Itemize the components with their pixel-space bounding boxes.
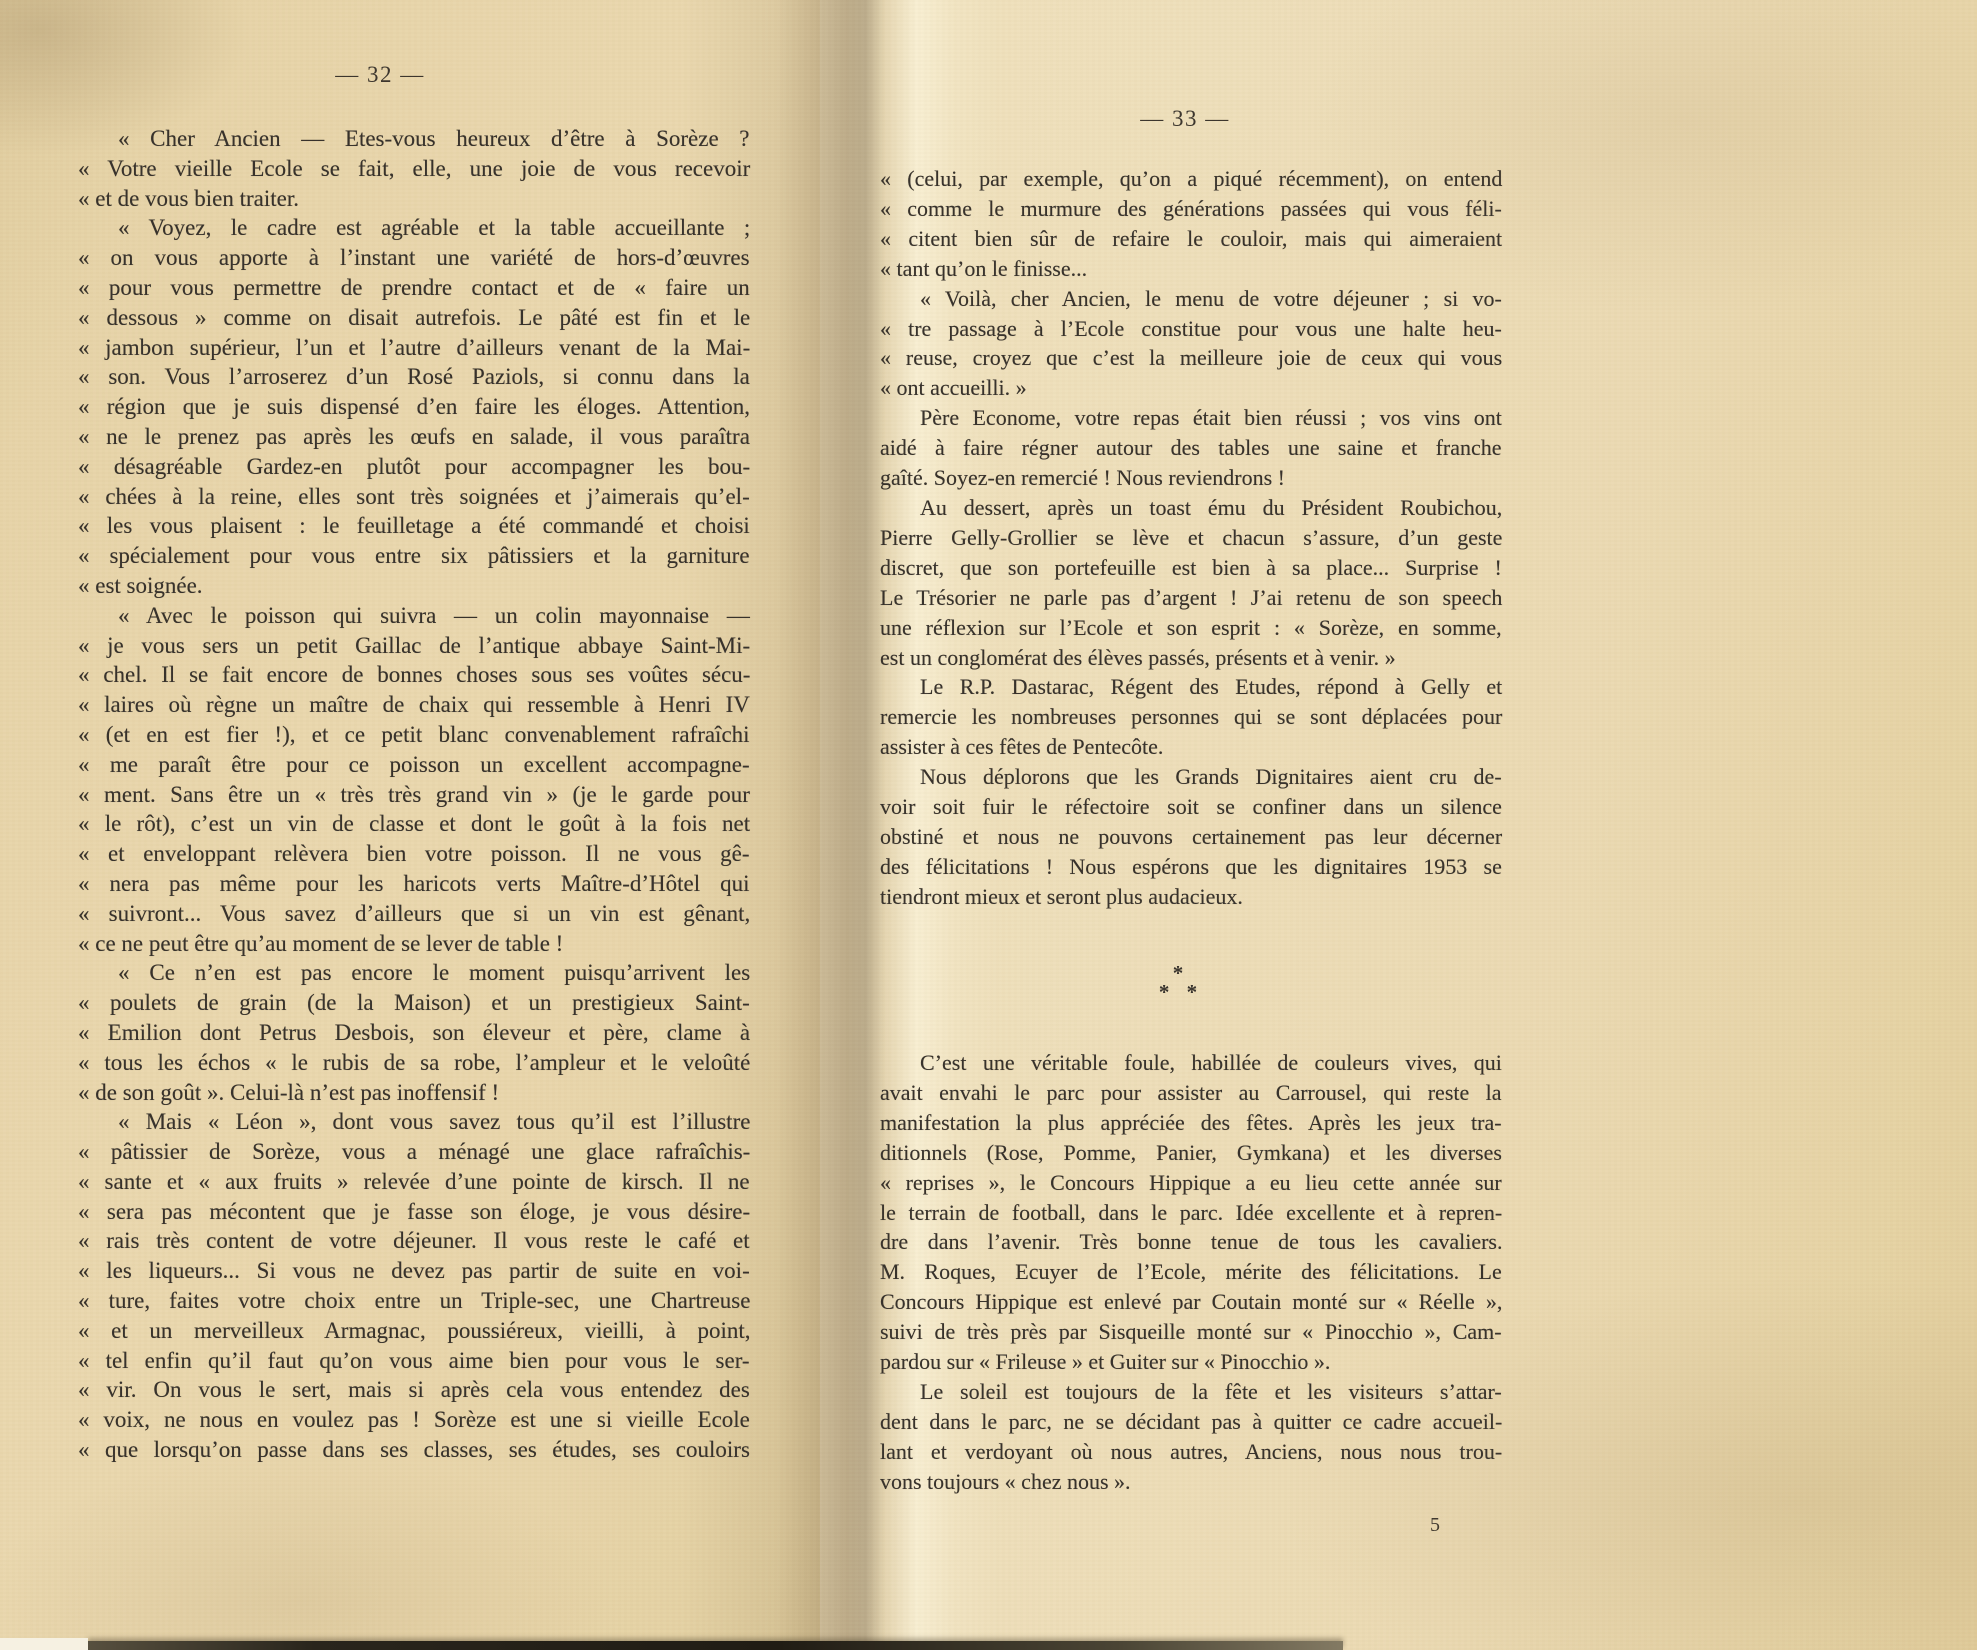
- text-line: Le soleil est toujours de la fête et les…: [880, 1377, 1502, 1407]
- text-line: obstiné et nous ne pouvons certainement …: [880, 822, 1502, 852]
- text-line: suivi de très près par Sisqueille monté …: [880, 1317, 1502, 1347]
- text-line-content: « tre passage à l’Ecole constitue pour v…: [880, 316, 1502, 341]
- text-line: « Voilà, cher Ancien, le menu de votre d…: [880, 284, 1502, 314]
- text-line-content: « poulets de grain (de la Maison) et un …: [78, 990, 750, 1015]
- text-line: dre dans l’avenir. Très bonne tenue de t…: [880, 1227, 1502, 1257]
- text-line: remercie les nombreuses personnes qui se…: [880, 702, 1502, 732]
- text-line: « ture, faites votre choix entre un Trip…: [78, 1286, 750, 1316]
- text-line-content: avait envahi le parc pour assister au Ca…: [880, 1080, 1502, 1105]
- text-line: « de son goût ». Celui-là n’est pas inof…: [78, 1078, 750, 1108]
- text-line-content: « ture, faites votre choix entre un Trip…: [78, 1288, 750, 1313]
- text-line-content: ditionnels (Rose, Pomme, Panier, Gymkana…: [880, 1140, 1502, 1165]
- text-line: « et de vous bien traiter.: [78, 184, 750, 214]
- text-line-content: « reuse, croyez que c’est la meilleure j…: [880, 345, 1502, 370]
- scan-bottom-edge-white: [0, 1638, 88, 1650]
- text-line: « Emilion dont Petrus Desbois, son éleve…: [78, 1018, 750, 1048]
- text-line: « Votre vieille Ecole se fait, elle, une…: [78, 154, 750, 184]
- text-line-content: « et de vous bien traiter.: [78, 186, 299, 211]
- text-line: « sera pas mécontent que je fasse son él…: [78, 1197, 750, 1227]
- text-line-content: « que lorsqu’on passe dans ses classes, …: [78, 1437, 750, 1462]
- text-line-content: « nera pas même pour les haricots verts …: [78, 871, 750, 896]
- text-line-content: discret, que son portefeuille est bien à…: [880, 555, 1502, 580]
- text-line: « laires où règne un maître de chaix qui…: [78, 690, 750, 720]
- text-line-content: « suivront... Vous savez d’ailleurs que …: [78, 901, 750, 926]
- text-line-content: « tous les échos « le rubis de sa robe, …: [78, 1050, 750, 1075]
- text-line: « que lorsqu’on passe dans ses classes, …: [78, 1435, 750, 1465]
- text-line-content: voir soit fuir le réfectoire soit se con…: [880, 794, 1502, 819]
- text-line: « les vous plaisent : le feuilletage a é…: [78, 511, 750, 541]
- text-line: le terrain de football, dans le parc. Id…: [880, 1198, 1502, 1228]
- text-line-content: « ce ne peut être qu’au moment de se lev…: [78, 931, 563, 956]
- text-line: une réflexion sur l’Ecole et son esprit …: [880, 613, 1502, 643]
- text-line: « reuse, croyez que c’est la meilleure j…: [880, 343, 1502, 373]
- text-line-content: « est soignée.: [78, 573, 203, 598]
- section-separator-asterism: * * *: [1146, 964, 1210, 1002]
- text-line: « dessous » comme on disait autrefois. L…: [78, 303, 750, 333]
- text-line-content: Père Econome, votre repas était bien réu…: [920, 405, 1502, 430]
- text-line: « et enveloppant relèvera bien votre poi…: [78, 839, 750, 869]
- asterism-bottom: * *: [1146, 983, 1210, 1002]
- text-line: « poulets de grain (de la Maison) et un …: [78, 988, 750, 1018]
- text-line: voir soit fuir le réfectoire soit se con…: [880, 792, 1502, 822]
- text-line: assister à ces fêtes de Pentecôte.: [880, 732, 1502, 762]
- text-line-content: Le Trésorier ne parle pas d’argent ! J’a…: [880, 585, 1502, 610]
- text-line-content: « son. Vous l’arroserez d’un Rosé Paziol…: [78, 364, 750, 389]
- text-line: « me paraît être pour ce poisson un exce…: [78, 750, 750, 780]
- text-line-content: est un conglomérat des élèves passés, pr…: [880, 645, 1396, 670]
- text-line-content: « laires où règne un maître de chaix qui…: [78, 692, 750, 717]
- text-line-content: « citent bien sûr de refaire le couloir,…: [880, 226, 1502, 251]
- text-line: « ment. Sans être un « très très grand v…: [78, 780, 750, 810]
- text-line-content: « Emilion dont Petrus Desbois, son éleve…: [78, 1020, 750, 1045]
- text-line-content: aidé à faire régner autour des tables un…: [880, 435, 1502, 460]
- text-line-content: « je vous sers un petit Gaillac de l’ant…: [78, 633, 750, 658]
- text-line: discret, que son portefeuille est bien à…: [880, 553, 1502, 583]
- text-line: avait envahi le parc pour assister au Ca…: [880, 1078, 1502, 1108]
- text-line-content: « vir. On vous le sert, mais si après ce…: [78, 1377, 750, 1402]
- text-line-content: « de son goût ». Celui-là n’est pas inof…: [78, 1080, 499, 1105]
- text-line: « (et en est fier !), et ce petit blanc …: [78, 720, 750, 750]
- text-line-content: manifestation la plus appréciée des fête…: [880, 1110, 1502, 1135]
- text-line: « reprises », le Concours Hippique a eu …: [880, 1168, 1502, 1198]
- text-line: « est soignée.: [78, 571, 750, 601]
- text-line: Le R.P. Dastarac, Régent des Etudes, rép…: [880, 672, 1502, 702]
- text-line-content: « Ce n’en est pas encore le moment puisq…: [118, 960, 750, 985]
- text-line-content: pardou sur « Frileuse » et Guiter sur « …: [880, 1349, 1330, 1374]
- text-line-content: « désagréable Gardez-en plutôt pour acco…: [78, 454, 750, 479]
- text-line: « spécialement pour vous entre six pâtis…: [78, 541, 750, 571]
- text-line-content: gaîté. Soyez-en remercié ! Nous reviendr…: [880, 465, 1285, 490]
- text-line: « nera pas même pour les haricots verts …: [78, 869, 750, 899]
- text-line: « Voyez, le cadre est agréable et la tab…: [78, 213, 750, 243]
- text-line: « (celui, par exemple, qu’on a piqué réc…: [880, 164, 1502, 194]
- text-line-content: « ment. Sans être un « très très grand v…: [78, 782, 750, 807]
- text-line-content: « sera pas mécontent que je fasse son él…: [78, 1199, 750, 1224]
- text-line: ditionnels (Rose, Pomme, Panier, Gymkana…: [880, 1138, 1502, 1168]
- text-line-content: dent dans le parc, ne se décidant pas à …: [880, 1409, 1502, 1434]
- text-line: aidé à faire régner autour des tables un…: [880, 433, 1502, 463]
- text-line-content: « reprises », le Concours Hippique a eu …: [880, 1170, 1502, 1195]
- text-line: M. Roques, Ecuyer de l’Ecole, mérite des…: [880, 1257, 1502, 1287]
- text-line-content: remercie les nombreuses personnes qui se…: [880, 704, 1502, 729]
- text-line: Pierre Gelly-Grollier se lève et chacun …: [880, 523, 1502, 553]
- text-line-content: Pierre Gelly-Grollier se lève et chacun …: [880, 525, 1502, 550]
- text-line-content: obstiné et nous ne pouvons certainement …: [880, 824, 1502, 849]
- text-line: « pour vous permettre de prendre contact…: [78, 273, 750, 303]
- text-line-content: tiendront mieux et seront plus audacieux…: [880, 884, 1243, 909]
- text-line: pardou sur « Frileuse » et Guiter sur « …: [880, 1347, 1502, 1377]
- text-line: « chel. Il se fait encore de bonnes chos…: [78, 660, 750, 690]
- text-line-content: « le rôt), c’est un vin de classe et don…: [78, 811, 750, 836]
- text-line-content: « Avec le poisson qui suivra — un colin …: [118, 603, 750, 628]
- text-line-content: « comme le murmure des générations passé…: [880, 196, 1502, 221]
- text-line-content: « ont accueilli. »: [880, 375, 1027, 400]
- text-line-content: « Voilà, cher Ancien, le menu de votre d…: [920, 286, 1502, 311]
- text-line: « les liqueurs... Si vous ne devez pas p…: [78, 1256, 750, 1286]
- text-line: « vir. On vous le sert, mais si après ce…: [78, 1375, 750, 1405]
- text-line-content: « Cher Ancien — Etes-vous heureux d’être…: [118, 126, 750, 151]
- text-line: « pâtissier de Sorèze, vous a ménagé une…: [78, 1137, 750, 1167]
- book-scan: — 32 — — 33 — « Cher Ancien — Etes-vous …: [0, 0, 1977, 1650]
- text-line: dent dans le parc, ne se décidant pas à …: [880, 1407, 1502, 1437]
- text-line-content: « tel enfin qu’il faut qu’on vous aime b…: [78, 1348, 750, 1373]
- text-line: « Cher Ancien — Etes-vous heureux d’être…: [78, 124, 750, 154]
- text-line-content: suivi de très près par Sisqueille monté …: [880, 1319, 1502, 1344]
- text-line-content: « les vous plaisent : le feuilletage a é…: [78, 513, 750, 538]
- page-number-header-32: — 32 —: [78, 62, 682, 88]
- text-line-content: vons toujours « chez nous ».: [880, 1469, 1131, 1494]
- text-line: « région que je suis dispensé d’en faire…: [78, 392, 750, 422]
- text-line-content: « région que je suis dispensé d’en faire…: [78, 394, 750, 419]
- scan-bottom-edge-shadow: [88, 1641, 1343, 1650]
- text-line: Au dessert, après un toast ému du Présid…: [880, 493, 1502, 523]
- text-line: « tant qu’on le finisse...: [880, 254, 1502, 284]
- text-line-content: Au dessert, après un toast ému du Présid…: [920, 495, 1502, 520]
- text-line-content: « les liqueurs... Si vous ne devez pas p…: [78, 1258, 750, 1283]
- text-line-content: dre dans l’avenir. Très bonne tenue de t…: [880, 1229, 1502, 1254]
- text-line: « voix, ne nous en voulez pas ! Sorèze e…: [78, 1405, 750, 1435]
- text-line-content: Nous déplorons que les Grands Dignitaire…: [920, 764, 1502, 789]
- text-line-content: « jambon supérieur, l’un et l’autre d’ai…: [78, 335, 750, 360]
- text-line-content: « dessous » comme on disait autrefois. L…: [78, 305, 750, 330]
- text-line: « jambon supérieur, l’un et l’autre d’ai…: [78, 333, 750, 363]
- text-line: « comme le murmure des générations passé…: [880, 194, 1502, 224]
- text-line: « tel enfin qu’il faut qu’on vous aime b…: [78, 1346, 750, 1376]
- text-line: lant et verdoyant où nous autres, Ancien…: [880, 1437, 1502, 1467]
- text-line: « chées à la reine, elles sont très soig…: [78, 482, 750, 512]
- text-line-content: « ne le prenez pas après les œufs en sal…: [78, 424, 750, 449]
- text-line-content: assister à ces fêtes de Pentecôte.: [880, 734, 1163, 759]
- text-line-content: Le soleil est toujours de la fête et les…: [920, 1379, 1502, 1404]
- text-line: « ont accueilli. »: [880, 373, 1502, 403]
- text-line-content: « me paraît être pour ce poisson un exce…: [78, 752, 750, 777]
- text-line: gaîté. Soyez-en remercié ! Nous reviendr…: [880, 463, 1502, 493]
- text-line: « Ce n’en est pas encore le moment puisq…: [78, 958, 750, 988]
- text-line: « ce ne peut être qu’au moment de se lev…: [78, 929, 750, 959]
- text-line: « le rôt), c’est un vin de classe et don…: [78, 809, 750, 839]
- page-number-header-33: — 33 —: [880, 106, 1490, 132]
- page-33-text-column-upper: « (celui, par exemple, qu’on a piqué réc…: [880, 164, 1502, 912]
- text-line: vons toujours « chez nous ».: [880, 1467, 1502, 1497]
- text-line: « citent bien sûr de refaire le couloir,…: [880, 224, 1502, 254]
- text-line-content: « Votre vieille Ecole se fait, elle, une…: [78, 156, 750, 181]
- text-line-content: « et enveloppant relèvera bien votre poi…: [78, 841, 750, 866]
- text-line: « suivront... Vous savez d’ailleurs que …: [78, 899, 750, 929]
- signature-mark: 5: [1430, 1514, 1440, 1537]
- text-line: « on vous apporte à l’instant une variét…: [78, 243, 750, 273]
- text-line: Le Trésorier ne parle pas d’argent ! J’a…: [880, 583, 1502, 613]
- text-line: « désagréable Gardez-en plutôt pour acco…: [78, 452, 750, 482]
- text-line: « son. Vous l’arroserez d’un Rosé Paziol…: [78, 362, 750, 392]
- text-line-content: « (et en est fier !), et ce petit blanc …: [78, 722, 750, 747]
- page-32-text-column: « Cher Ancien — Etes-vous heureux d’être…: [78, 124, 750, 1465]
- text-line-content: « rais très content de votre déjeuner. I…: [78, 1228, 750, 1253]
- text-line: « et un merveilleux Armagnac, poussiéreu…: [78, 1316, 750, 1346]
- text-line: « tre passage à l’Ecole constitue pour v…: [880, 314, 1502, 344]
- text-line-content: « et un merveilleux Armagnac, poussiéreu…: [78, 1318, 750, 1343]
- text-line-content: une réflexion sur l’Ecole et son esprit …: [880, 615, 1502, 640]
- text-line: « sante et « aux fruits » relevée d’une …: [78, 1167, 750, 1197]
- text-line-content: « chel. Il se fait encore de bonnes chos…: [78, 662, 750, 687]
- text-line-content: « pâtissier de Sorèze, vous a ménagé une…: [78, 1139, 750, 1164]
- text-line-content: « on vous apporte à l’instant une variét…: [78, 245, 750, 270]
- text-line: « ne le prenez pas après les œufs en sal…: [78, 422, 750, 452]
- text-line-content: M. Roques, Ecuyer de l’Ecole, mérite des…: [880, 1259, 1502, 1284]
- text-line-content: « sante et « aux fruits » relevée d’une …: [78, 1169, 750, 1194]
- text-line: « rais très content de votre déjeuner. I…: [78, 1226, 750, 1256]
- text-line: C’est une véritable foule, habillée de c…: [880, 1048, 1502, 1078]
- text-line-content: « Voyez, le cadre est agréable et la tab…: [118, 215, 750, 240]
- text-line-content: des félicitations ! Nous espérons que le…: [880, 854, 1502, 879]
- text-line: Père Econome, votre repas était bien réu…: [880, 403, 1502, 433]
- text-line: Nous déplorons que les Grands Dignitaire…: [880, 762, 1502, 792]
- text-line: des félicitations ! Nous espérons que le…: [880, 852, 1502, 882]
- text-line: Concours Hippique est enlevé par Coutain…: [880, 1287, 1502, 1317]
- text-line-content: lant et verdoyant où nous autres, Ancien…: [880, 1439, 1502, 1464]
- text-line-content: Le R.P. Dastarac, Régent des Etudes, rép…: [920, 674, 1502, 699]
- text-line-content: « tant qu’on le finisse...: [880, 256, 1087, 281]
- text-line: « tous les échos « le rubis de sa robe, …: [78, 1048, 750, 1078]
- text-line: tiendront mieux et seront plus audacieux…: [880, 882, 1502, 912]
- text-line-content: « chées à la reine, elles sont très soig…: [78, 484, 750, 509]
- page-33-text-column-lower: C’est une véritable foule, habillée de c…: [880, 1048, 1502, 1497]
- text-line-content: C’est une véritable foule, habillée de c…: [920, 1050, 1502, 1075]
- text-line-content: « spécialement pour vous entre six pâtis…: [78, 543, 750, 568]
- text-line: « Mais « Léon », dont vous savez tous qu…: [78, 1107, 750, 1137]
- text-line-content: Concours Hippique est enlevé par Coutain…: [880, 1289, 1502, 1314]
- text-line-content: « pour vous permettre de prendre contact…: [78, 275, 750, 300]
- text-line-content: « (celui, par exemple, qu’on a piqué réc…: [880, 166, 1502, 191]
- text-line: « je vous sers un petit Gaillac de l’ant…: [78, 631, 750, 661]
- text-line: manifestation la plus appréciée des fête…: [880, 1108, 1502, 1138]
- text-line-content: « Mais « Léon », dont vous savez tous qu…: [118, 1109, 750, 1134]
- text-line-content: « voix, ne nous en voulez pas ! Sorèze e…: [78, 1407, 750, 1432]
- text-line: est un conglomérat des élèves passés, pr…: [880, 643, 1502, 673]
- text-line-content: le terrain de football, dans le parc. Id…: [880, 1200, 1502, 1225]
- text-line: « Avec le poisson qui suivra — un colin …: [78, 601, 750, 631]
